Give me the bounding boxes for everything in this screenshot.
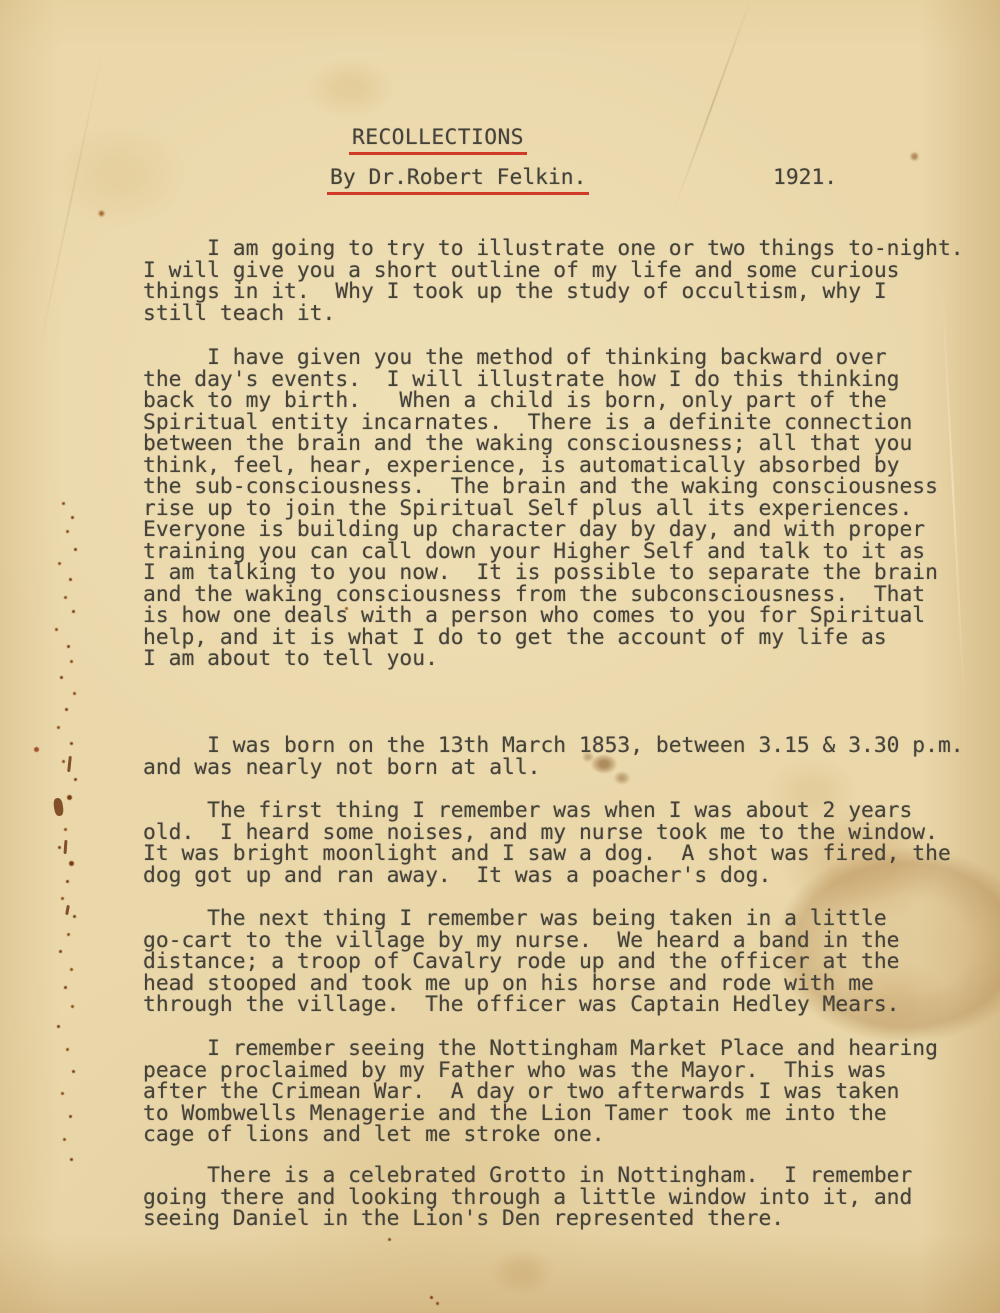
paragraph-birth: I was born on the 13th March 1853, betwe… [143,735,1000,778]
rust-mark [67,756,72,772]
typewritten-document-page: RECOLLECTIONS By Dr.Robert Felkin. 1921.… [0,0,1000,1313]
document-year: 1921. [773,166,837,190]
paragraph-cavalry: The next thing I remember was being take… [143,908,1000,1016]
paper-crease [37,43,105,356]
document-byline-text: By Dr.Robert Felkin. [327,166,589,195]
paragraph-nottingham-market: I remember seeing the Nottingham Market … [143,1038,1000,1146]
document-title-text: RECOLLECTIONS [349,126,527,155]
paragraph-intro: I am going to try to illustrate one or t… [143,238,1000,324]
paragraph-grotto: There is a celebrated Grotto in Nottingh… [143,1165,1000,1230]
paragraph-first-memory: The first thing I remember was when I wa… [143,800,1000,886]
document-title: RECOLLECTIONS [352,126,527,155]
rust-speckles [0,0,3,3]
rust-mark [53,797,64,816]
rust-mark [65,905,70,915]
paragraph-thinking-backward: I have given you the method of thinking … [143,347,1000,670]
rust-mark [64,840,68,854]
